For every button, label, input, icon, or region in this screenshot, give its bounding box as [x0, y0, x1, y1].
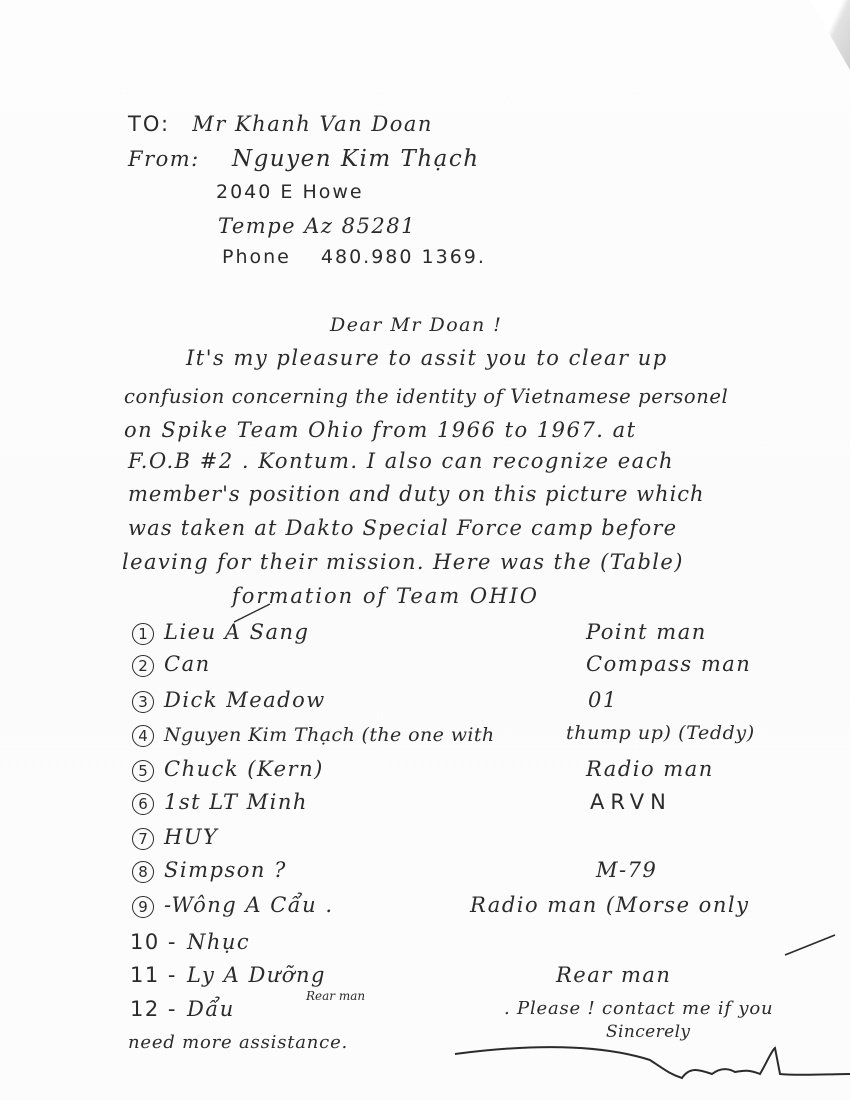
roster-role: Point man	[586, 620, 707, 644]
roster-role: M-79	[596, 858, 657, 882]
roster-row: 7HUY	[132, 825, 218, 850]
roster-row: 5Chuck (Kern)	[132, 757, 324, 782]
roster-row: 3Dick Meadow	[132, 688, 326, 713]
address-line-1: 2040 E Howe	[216, 181, 364, 203]
sender-name: Nguyen Kim Thạch	[232, 146, 480, 172]
roster-name: Nhục	[187, 930, 250, 954]
from-label: From:	[128, 147, 200, 171]
to-line: TO: Mr Khanh Van Doan	[128, 112, 433, 136]
salutation: Dear Mr Doan !	[330, 314, 502, 336]
page-corner-fold	[810, 0, 850, 70]
roster-row: 4Nguyen Kim Thạch (the one with	[132, 722, 495, 747]
body-line-8: formation of Team OHIO	[232, 584, 539, 608]
letter-page: TO: Mr Khanh Van Doan From: Nguyen Kim T…	[0, 0, 850, 1100]
roster-number: 12 -	[130, 997, 177, 1021]
roster-number: 3	[132, 691, 154, 713]
roster-role: ARVN	[590, 790, 672, 814]
roster-row: 9-Wông A Cẩu .	[132, 893, 334, 918]
to-label: TO:	[128, 112, 170, 136]
roster-role: Radio man	[586, 757, 714, 781]
body-line-1: It's my pleasure to assit you to clear u…	[186, 346, 668, 370]
phone-label: Phone	[222, 246, 291, 268]
roster-row: 12 -Dẩu	[130, 997, 235, 1021]
roster-name: Dick Meadow	[164, 688, 326, 712]
roster-role: 01	[588, 688, 618, 712]
body-line-7: leaving for their mission. Here was the …	[122, 550, 684, 574]
roster-row: 2Can	[132, 652, 211, 677]
roster-row: 8Simpson ?	[132, 858, 287, 883]
phone-line: Phone 480.980 1369.	[222, 246, 486, 268]
stroke-mark-icon	[780, 930, 840, 960]
roster-name: Can	[164, 652, 211, 676]
body-line-5: member's position and duty on this pictu…	[128, 482, 705, 506]
roster-number: 11 -	[130, 963, 177, 987]
roster-name: Chuck (Kern)	[164, 757, 324, 781]
body-line-6: was taken at Dakto Special Force camp be…	[128, 516, 677, 540]
body-line-2: confusion concerning the identity of Vie…	[124, 385, 728, 408]
roster-number: 2	[132, 655, 154, 677]
roster-role: Compass man	[586, 652, 751, 676]
from-line: From: Nguyen Kim Thạch	[128, 146, 480, 172]
roster-number: 10 -	[130, 930, 177, 954]
roster-row: 11 -Ly A Dưỡng	[130, 963, 326, 987]
roster-role: Radio man (Morse only	[470, 893, 749, 917]
roster-number: 4	[132, 725, 154, 747]
roster-number: 8	[132, 861, 154, 883]
body-line-4: F.O.B #2 . Kontum. I also can recognize …	[128, 449, 674, 473]
roster-name: HUY	[164, 825, 218, 849]
formation-underline-icon	[232, 598, 272, 628]
roster-role: Rear man	[306, 989, 365, 1003]
roster-number: 9	[132, 896, 154, 918]
roster-number: 5	[132, 760, 154, 782]
roster-name: -Wông A Cẩu .	[164, 893, 334, 917]
roster-number: 7	[132, 828, 154, 850]
roster-number: 1	[132, 623, 154, 645]
roster-row: 1Lieu A Sang	[132, 620, 310, 645]
body-line-3: on Spike Team Ohio from 1966 to 1967. at	[124, 418, 637, 442]
roster-row: 10 -Nhục	[130, 930, 250, 954]
sign-off: Sincerely	[606, 1022, 690, 1042]
roster-number: 6	[132, 793, 154, 815]
closing-line-1: . Please ! contact me if you	[504, 998, 773, 1019]
roster-role: Rear man	[556, 963, 671, 987]
roster-name: Nguyen Kim Thạch (the one with	[164, 724, 495, 746]
roster-name: Ly A Dưỡng	[187, 963, 326, 987]
signature-icon	[450, 1040, 850, 1090]
phone-number: 480.980 1369.	[321, 246, 486, 268]
roster-name: Dẩu	[187, 997, 235, 1021]
roster-row: 61st LT Minh	[132, 790, 308, 815]
closing-line-2: need more assistance.	[128, 1032, 348, 1053]
address-line-2: Tempe Az 85281	[218, 214, 416, 238]
roster-name: Simpson ?	[164, 858, 287, 882]
roster-role: thump up) (Teddy)	[566, 722, 755, 744]
roster-name: 1st LT Minh	[164, 790, 308, 814]
recipient-name: Mr Khanh Van Doan	[192, 112, 433, 136]
